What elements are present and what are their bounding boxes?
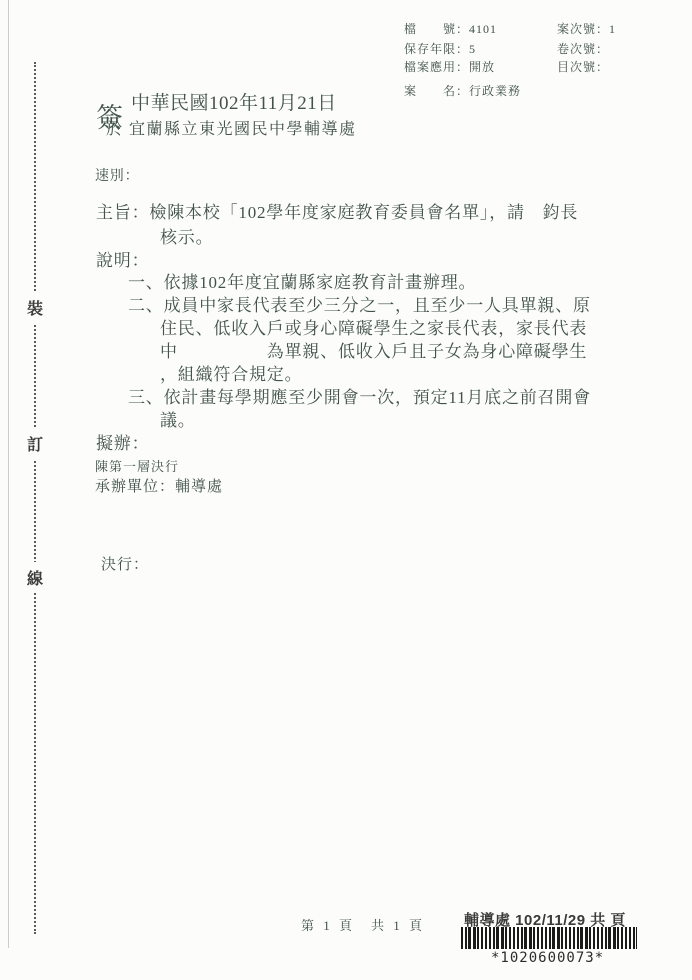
item-seq-row: 目次號：	[557, 58, 609, 75]
explanation-item-3-line-2: 議。	[160, 406, 196, 431]
binding-char-zhuang: 裝	[25, 292, 45, 323]
case-name-label: 案 名：	[404, 84, 469, 98]
binding-char-xian: 線	[25, 562, 45, 593]
explanation-item-2-line-3: 中 為單親、低收入戶且子女為身心障礙學生	[160, 337, 587, 362]
access-label: 檔案應用：	[404, 60, 469, 74]
explanation-item-3-line-1: 三、依計畫每學期應至少開會一次，預定11月底之前召開會	[128, 383, 591, 408]
retention-label: 保存年限：	[404, 42, 469, 56]
handling-unit-line: 承辦單位：輔導處	[95, 475, 223, 496]
explanation-item-2-line-1: 二、成員中家長代表至少三分之一，且至少一人具單親、原	[128, 291, 591, 316]
file-number-value: 4101	[469, 22, 497, 36]
subject-line-1: 主旨：檢陳本校「102學年度家庭教育委員會名單」，請 鈞長	[96, 198, 578, 223]
barcode-number: *1020600073*	[491, 950, 604, 966]
doc-date: 中華民國102年11月21日	[131, 88, 337, 115]
page-number-info: 第 1 頁 共 1 頁	[301, 915, 425, 934]
access-row: 檔案應用：開放	[404, 58, 495, 75]
explanation-item-2-line-2: 住民、低收入戶或身心障礙學生之家長代表，家長代表	[160, 314, 587, 339]
doc-issuing-office: 於 宜蘭縣立東光國民中學輔導處	[106, 116, 357, 139]
subject-line-2: 核示。	[160, 223, 213, 248]
explanation-item-2-line-4: ，組織符合規定。	[160, 360, 302, 385]
file-number-label: 檔 號：	[404, 22, 469, 36]
vol-seq-row: 卷次號：	[557, 40, 609, 57]
case-seq-value: 1	[609, 22, 616, 36]
scan-edge-line	[8, 0, 9, 948]
binding-dotted-line	[34, 62, 36, 934]
access-value: 開放	[469, 60, 495, 74]
speed-label: 速別：	[95, 165, 139, 185]
retention-row: 保存年限：5	[404, 40, 476, 57]
document-barcode	[461, 927, 637, 949]
retention-value: 5	[469, 42, 476, 56]
binding-char-ding: 訂	[25, 428, 45, 459]
explanation-item-1: 一、依據102年度宜蘭縣家庭教育計畫辦理。	[128, 268, 476, 293]
file-number-row: 檔 號：4101	[404, 20, 497, 37]
case-name-value: 行政業務	[469, 84, 521, 98]
proposal-label: 擬辦：	[96, 429, 149, 454]
case-seq-row: 案次號：1	[557, 20, 616, 37]
case-name-row: 案 名：行政業務	[404, 82, 521, 99]
approval-route-note: 陳第一層決行	[95, 456, 179, 475]
decision-label: 決行：	[101, 553, 149, 574]
case-seq-label: 案次號：	[557, 22, 609, 36]
document-page: 裝 訂 線 檔 號：4101 保存年限：5 檔案應用：開放 案 名：行政業務 案…	[0, 0, 692, 980]
item-seq-label: 目次號：	[557, 60, 609, 74]
vol-seq-label: 卷次號：	[557, 42, 609, 56]
